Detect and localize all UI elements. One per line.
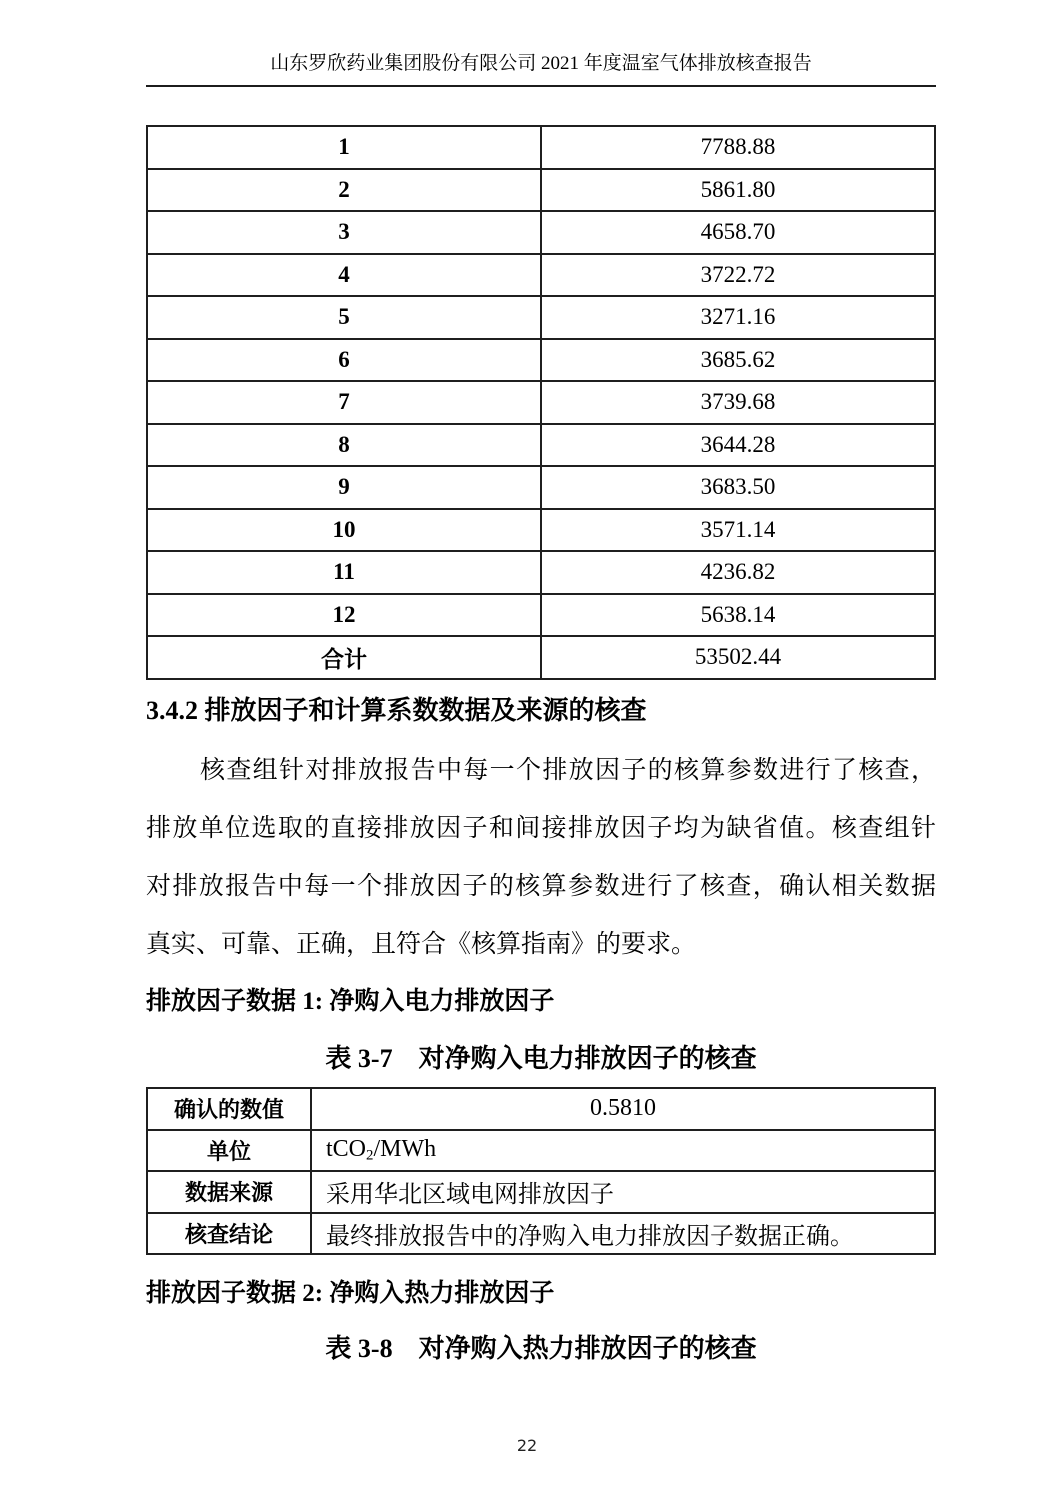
verification-table-3-7: 确认的数值 0.5810 单位 tCO2/MWh 数据来源 采用华北区域电网排放… bbox=[146, 1087, 936, 1255]
value-cell: 3685.62 bbox=[541, 339, 935, 382]
table-row: 4 3722.72 bbox=[147, 254, 935, 297]
total-value-cell: 53502.44 bbox=[541, 636, 935, 679]
paragraph-line: 核查组针对排放报告中每一个排放因子的核算参数进行了核查， bbox=[146, 742, 936, 800]
factor-1-heading: 排放因子数据 1: 净购入电力排放因子 bbox=[146, 981, 1006, 1017]
value-cell: 7788.88 bbox=[541, 126, 935, 169]
value-cell: 3644.28 bbox=[541, 424, 935, 467]
month-cell: 7 bbox=[147, 381, 541, 424]
conclusion-cell: 最终排放报告中的净购入电力排放因子数据正确。 bbox=[311, 1213, 935, 1255]
value-cell: 3722.72 bbox=[541, 254, 935, 297]
month-cell: 3 bbox=[147, 211, 541, 254]
unit-suffix: /MWh bbox=[373, 1136, 436, 1162]
confirmed-value-cell: 0.5810 bbox=[311, 1088, 935, 1130]
table-row: 8 3644.28 bbox=[147, 424, 935, 467]
table-row: 7 3739.68 bbox=[147, 381, 935, 424]
table-3-7-caption: 表 3-7 对净购入电力排放因子的核查 bbox=[146, 1038, 936, 1075]
table-row: 数据来源 采用华北区域电网排放因子 bbox=[147, 1171, 935, 1213]
table-row: 1 7788.88 bbox=[147, 126, 935, 169]
data-source-label-cell: 数据来源 bbox=[147, 1171, 311, 1213]
section-paragraph: 核查组针对排放报告中每一个排放因子的核算参数进行了核查， 排放单位选取的直接排放… bbox=[146, 742, 936, 974]
value-cell: 3739.68 bbox=[541, 381, 935, 424]
confirmed-value-label-cell: 确认的数值 bbox=[147, 1088, 311, 1130]
value-cell: 5638.14 bbox=[541, 594, 935, 637]
value-cell: 4658.70 bbox=[541, 211, 935, 254]
value-cell: 3683.50 bbox=[541, 466, 935, 509]
table-row: 确认的数值 0.5810 bbox=[147, 1088, 935, 1130]
month-cell: 1 bbox=[147, 126, 541, 169]
data-source-cell: 采用华北区域电网排放因子 bbox=[311, 1171, 935, 1213]
page-number: 22 bbox=[0, 1436, 1054, 1455]
paragraph-line: 真实、可靠、正确，且符合《核算指南》的要求。 bbox=[146, 916, 936, 974]
table-row: 6 3685.62 bbox=[147, 339, 935, 382]
table-row: 5 3271.16 bbox=[147, 296, 935, 339]
month-cell: 4 bbox=[147, 254, 541, 297]
value-cell: 3271.16 bbox=[541, 296, 935, 339]
month-cell: 5 bbox=[147, 296, 541, 339]
value-cell: 3571.14 bbox=[541, 509, 935, 552]
month-cell: 8 bbox=[147, 424, 541, 467]
table-row: 12 5638.14 bbox=[147, 594, 935, 637]
total-label-cell: 合计 bbox=[147, 636, 541, 679]
unit-label-cell: 单位 bbox=[147, 1130, 311, 1172]
month-cell: 10 bbox=[147, 509, 541, 552]
table-3-8-caption: 表 3-8 对净购入热力排放因子的核查 bbox=[146, 1328, 936, 1365]
month-cell: 12 bbox=[147, 594, 541, 637]
month-cell: 11 bbox=[147, 551, 541, 594]
table-row: 9 3683.50 bbox=[147, 466, 935, 509]
document-header: 山东罗欣药业集团股份有限公司 2021 年度温室气体排放核查报告 bbox=[146, 50, 936, 87]
unit-value-cell: tCO2/MWh bbox=[311, 1130, 935, 1172]
month-cell: 2 bbox=[147, 169, 541, 212]
value-cell: 4236.82 bbox=[541, 551, 935, 594]
table-total-row: 合计 53502.44 bbox=[147, 636, 935, 679]
table-row: 3 4658.70 bbox=[147, 211, 935, 254]
paragraph-line: 排放单位选取的直接排放因子和间接排放因子均为缺省值。核查组针 bbox=[146, 800, 936, 858]
document-header-title: 山东罗欣药业集团股份有限公司 2021 年度温室气体排放核查报告 bbox=[270, 53, 812, 74]
paragraph-line: 对排放报告中每一个排放因子的核算参数进行了核查，确认相关数据 bbox=[146, 858, 936, 916]
unit-prefix: tCO bbox=[326, 1136, 366, 1162]
table-row: 核查结论 最终排放报告中的净购入电力排放因子数据正确。 bbox=[147, 1213, 935, 1255]
monthly-values-table: 1 7788.88 2 5861.80 3 4658.70 4 3722.72 … bbox=[146, 125, 936, 680]
document-page: 山东罗欣药业集团股份有限公司 2021 年度温室气体排放核查报告 1 7788.… bbox=[0, 0, 1054, 1502]
month-cell: 6 bbox=[147, 339, 541, 382]
table-row: 10 3571.14 bbox=[147, 509, 935, 552]
value-cell: 5861.80 bbox=[541, 169, 935, 212]
month-cell: 9 bbox=[147, 466, 541, 509]
table-row: 2 5861.80 bbox=[147, 169, 935, 212]
conclusion-label-cell: 核查结论 bbox=[147, 1213, 311, 1255]
section-heading-3-4-2: 3.4.2 排放因子和计算系数数据及来源的核查 bbox=[146, 690, 1006, 727]
table-row: 11 4236.82 bbox=[147, 551, 935, 594]
factor-2-heading: 排放因子数据 2: 净购入热力排放因子 bbox=[146, 1273, 1006, 1309]
table-row: 单位 tCO2/MWh bbox=[147, 1130, 935, 1172]
